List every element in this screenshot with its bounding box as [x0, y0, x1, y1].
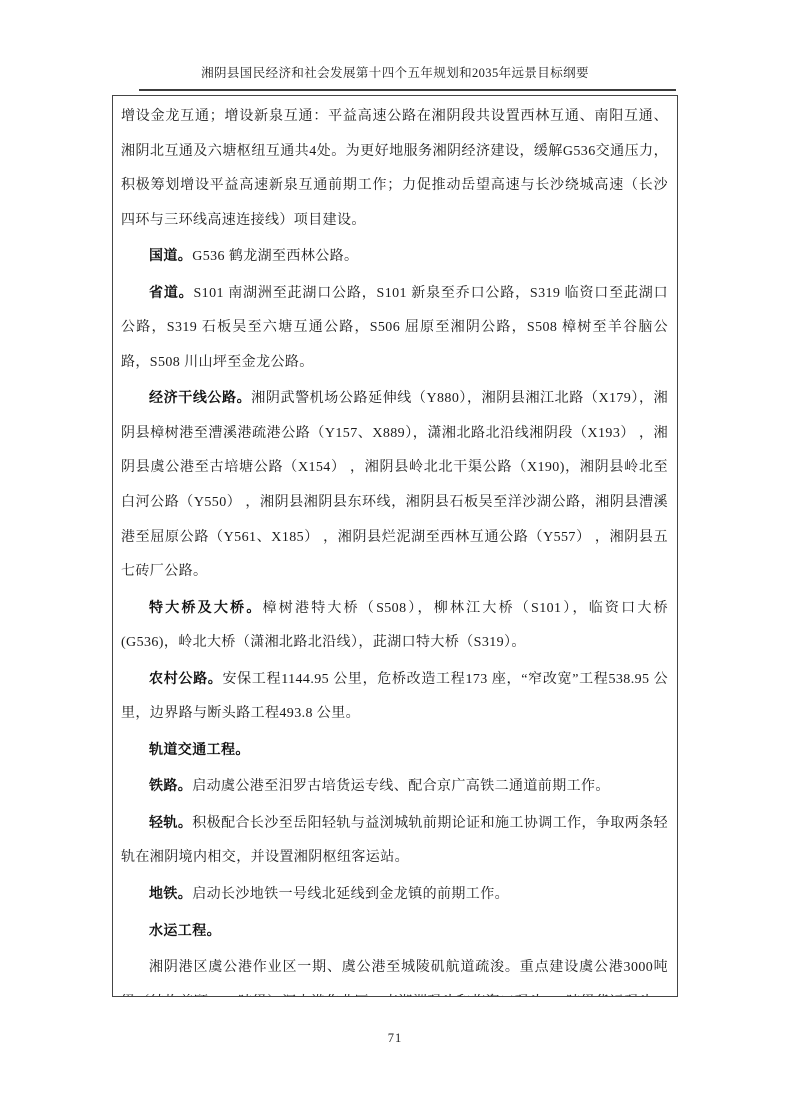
paragraph-label: 轨道交通工程。 — [149, 741, 250, 757]
paragraph-label: 经济干线公路。 — [149, 389, 251, 405]
paragraph: 轨道交通工程。 — [121, 732, 668, 769]
paragraph-label: 省道。 — [149, 284, 194, 300]
paragraph-label: 水运工程。 — [149, 922, 221, 938]
document-page: 湘阴县国民经济和社会发展第十四个五年规划和2035年远景目标纲要 增设金龙互通；… — [0, 0, 790, 1118]
paragraph: 农村公路。安保工程1144.95 公里，危桥改造工程173 座，“窄改宽”工程5… — [121, 661, 668, 732]
document-header-title: 湘阴县国民经济和社会发展第十四个五年规划和2035年远景目标纲要 — [0, 63, 790, 81]
paragraph-text: 湘阴港区虞公港作业区一期、虞公港至城陵矶航道疏浚。重点建设虞公港3000吨级（结… — [121, 960, 668, 997]
paragraph-label: 地铁。 — [149, 885, 192, 901]
paragraph: 铁路。启动虞公港至汨罗古培货运专线、配合京广高铁二通道前期工作。 — [121, 768, 668, 805]
paragraph-label: 特大桥及大桥。 — [149, 599, 263, 615]
paragraph: 国道。G536 鹤龙湖至西林公路。 — [121, 238, 668, 275]
paragraph-text: 湘阴武警机场公路延伸线（Y880），湘阴县湘江北路（X179），湘阴县樟树港至漕… — [121, 391, 668, 579]
page-number: 71 — [0, 1031, 790, 1046]
paragraph-label: 铁路。 — [149, 777, 192, 793]
paragraph-label: 轻轨。 — [149, 814, 192, 830]
paragraph: 轻轨。积极配合长沙至岳阳轻轨与益浏城轨前期论证和施工协调工作，争取两条轻轨在湘阴… — [121, 805, 668, 876]
paragraph: 湘阴港区虞公港作业区一期、虞公港至城陵矶航道疏浚。重点建设虞公港3000吨级（结… — [121, 949, 668, 997]
paragraph-text: 增设金龙互通；增设新泉互通：平益高速公路在湘阴段共设置西林互通、南阳互通、湘阴北… — [121, 109, 668, 228]
header-divider — [139, 89, 676, 91]
paragraph: 地铁。启动长沙地铁一号线北延线到金龙镇的前期工作。 — [121, 876, 668, 913]
paragraph: 水运工程。 — [121, 913, 668, 950]
paragraph: 经济干线公路。湘阴武警机场公路延伸线（Y880），湘阴县湘江北路（X179），湘… — [121, 380, 668, 589]
paragraph-text: 启动长沙地铁一号线北延线到金龙镇的前期工作。 — [192, 887, 509, 902]
paragraph-text: G536 鹤龙湖至西林公路。 — [192, 249, 358, 264]
paragraph-text: S101 南湖洲至茈湖口公路，S101 新泉至乔口公路，S319 临资口至茈湖口… — [121, 286, 668, 370]
paragraph: 特大桥及大桥。樟树港特大桥（S508），柳林江大桥（S101），临资口大桥(G5… — [121, 590, 668, 661]
paragraph: 省道。S101 南湖洲至茈湖口公路，S101 新泉至乔口公路，S319 临资口至… — [121, 275, 668, 381]
paragraph: 增设金龙互通；增设新泉互通：平益高速公路在湘阴段共设置西林互通、南阳互通、湘阴北… — [121, 98, 668, 238]
paragraph-text: 积极配合长沙至岳阳轻轨与益浏城轨前期论证和施工协调工作，争取两条轻轨在湘阴境内相… — [121, 816, 668, 866]
paragraph-label: 农村公路。 — [149, 670, 222, 686]
paragraph-label: 国道。 — [149, 247, 192, 263]
document-body: 增设金龙互通；增设新泉互通：平益高速公路在湘阴段共设置西林互通、南阳互通、湘阴北… — [112, 95, 678, 997]
paragraph-text: 启动虞公港至汨罗古培货运专线、配合京广高铁二通道前期工作。 — [192, 779, 610, 794]
